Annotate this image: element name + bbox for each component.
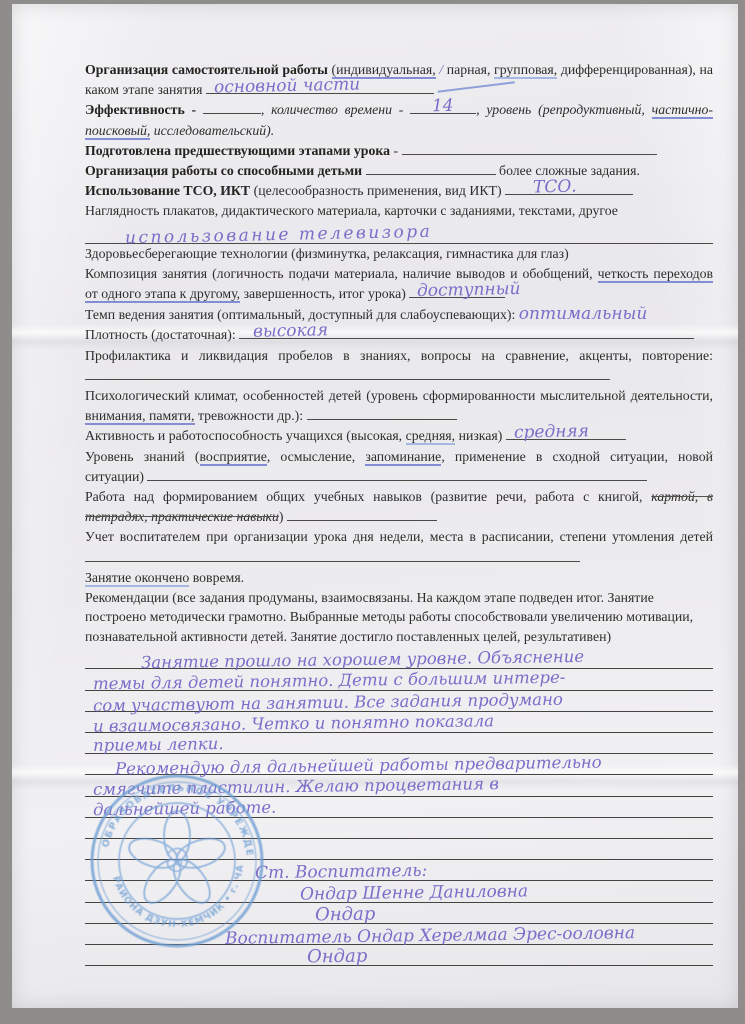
- print-text: , осмысление,: [267, 449, 366, 464]
- print-text: Психологический климат, особенностей дет…: [85, 388, 713, 403]
- form-line-study-skills: Работа над формированием общих учебных н…: [85, 487, 713, 527]
- form-line-lesson-tempo: Темп ведения занятия (оптимальный, досту…: [85, 304, 713, 325]
- handwritten-text: доступный: [417, 279, 521, 301]
- pen-underlined-text: групповая,: [494, 62, 557, 77]
- pen-underlined-text: запоминание: [365, 449, 441, 464]
- form-line-density: Плотность (достаточная): высокая: [85, 325, 713, 345]
- ruled-line: [85, 839, 713, 860]
- handwritten-signature: Ондар: [315, 904, 376, 925]
- print-text-bold: Организация самостоятельной работы: [85, 62, 328, 77]
- ruled-line-signature: Ондар: [85, 945, 713, 966]
- form-line-work-with-capable-children: Организация работы со способными детьми …: [85, 161, 713, 181]
- blank-field: 14: [410, 100, 476, 114]
- print-text-bold: Использование ТСО, ИКТ: [85, 183, 250, 198]
- handwritten-text: высокая: [253, 320, 328, 342]
- ruled-line: и взаимосвязано. Четко и понятно показал…: [85, 712, 713, 733]
- blank-field: [203, 100, 261, 114]
- form-content: Организация самостоятельной работы (инди…: [85, 60, 713, 966]
- print-text: тревожности др.):: [198, 408, 303, 423]
- print-text: ): [279, 509, 284, 524]
- ruled-line: [85, 818, 713, 839]
- ruled-line: дальнейшей работе.: [85, 797, 713, 818]
- form-line-recommendations: Рекомендации (все задания продуманы, вза…: [85, 588, 713, 646]
- print-text: -: [393, 143, 398, 158]
- form-line-lesson-composition: Композиция занятия (логичность подачи ма…: [85, 264, 713, 304]
- handwritten-text: приемы лепки.: [93, 734, 224, 756]
- form-line-organization-independent-work: Организация самостоятельной работы (инди…: [85, 60, 713, 100]
- handwritten-text: 14: [432, 96, 454, 117]
- ruled-line: сом участвуют на занятии. Все задания пр…: [85, 691, 713, 712]
- ruled-line: Занятие прошло на хорошем уровне. Объясн…: [85, 648, 713, 669]
- print-text: Учет воспитателем при организации урока …: [85, 529, 713, 544]
- print-text: вовремя.: [193, 570, 244, 585]
- form-line-tso-ikt: Использование ТСО, ИКТ (целесообразность…: [85, 181, 713, 201]
- scanned-document: Организация самостоятельной работы (инди…: [0, 0, 745, 1024]
- blank-line-full: использование телевизора: [85, 222, 713, 244]
- blank-field: основной части: [206, 80, 434, 94]
- print-text: низкая): [459, 428, 503, 443]
- print-text-bold: Эффективность -: [85, 102, 196, 117]
- ruled-line: приемы лепки.: [85, 733, 713, 754]
- blank-field: [307, 406, 457, 420]
- pen-flourish-stroke: [437, 82, 515, 93]
- handwritten-senior-educator-title: Ст. Воспитатель:: [255, 861, 428, 884]
- blank-field: доступный: [409, 284, 505, 298]
- ruled-line: смягчите пластилин. Желаю процветания в: [85, 775, 713, 796]
- print-text-italic: , количество времени -: [261, 102, 403, 117]
- blank-field: [85, 366, 610, 380]
- blank-field: высокая: [239, 325, 694, 339]
- handwritten-text: ТСО.: [533, 177, 577, 198]
- ruled-line-signature: Воспитатель Ондар Херелмаа Эрес-ооловна: [85, 924, 713, 945]
- print-text: (целесообразность применения, вид ИКТ): [254, 183, 502, 198]
- form-line-teacher-consideration: Учет воспитателем при организации урока …: [85, 527, 713, 567]
- handwritten-text: оптимальный: [519, 304, 648, 324]
- handwritten-text: средняя: [514, 421, 589, 443]
- print-text: Плотность (достаточная):: [85, 327, 236, 342]
- print-text: Активность и работоспособность учащихся …: [85, 428, 402, 443]
- paper-sheet: Организация самостоятельной работы (инди…: [12, 4, 738, 1008]
- form-line-knowledge-level: Уровень знаний (восприятие, осмысление, …: [85, 447, 713, 487]
- ruled-line-signature: Ондар Шенне Даниловна: [85, 881, 713, 902]
- print-text: Профилактика и ликвидация пробелов в зна…: [85, 348, 713, 363]
- handwritten-text: основной части: [214, 74, 361, 97]
- blank-field: [366, 161, 496, 175]
- ruled-line: Рекомендую для дальнейшей работы предвар…: [85, 754, 713, 775]
- form-line-psychological-climate: Психологический климат, особенностей дет…: [85, 386, 713, 426]
- pen-underlined-text: средняя,: [406, 428, 456, 443]
- ruled-line-signature: Ондар: [85, 903, 713, 924]
- ruled-line: темы для детей понятно. Дети с большим и…: [85, 669, 713, 690]
- print-text-italic: исследовательский).: [154, 123, 274, 138]
- form-line-effectiveness: Эффективность - , количество времени - 1…: [85, 100, 713, 140]
- pen-underlined-text: Занятие окончено: [85, 570, 189, 585]
- print-text-bold: Подготовлена предшествующими этапами уро…: [85, 143, 390, 158]
- handwritten-review-section: Занятие прошло на хорошем уровне. Объясн…: [85, 648, 713, 966]
- blank-field: ТСО.: [505, 181, 633, 195]
- blank-field: [147, 467, 647, 481]
- print-text: Работа над формированием общих учебных н…: [85, 489, 643, 504]
- ruled-line-signature: Ст. Воспитатель:: [85, 860, 713, 881]
- print-text: Уровень знаний (: [85, 449, 200, 464]
- form-line-gap-prevention: Профилактика и ликвидация пробелов в зна…: [85, 346, 713, 386]
- form-line-lesson-finished: Занятие окончено вовремя.: [85, 568, 713, 588]
- pen-slash-mark: /: [439, 62, 443, 77]
- form-line-student-activity: Активность и работоспособность учащихся …: [85, 426, 713, 446]
- pen-underlined-text: внимания, памяти,: [85, 408, 195, 423]
- pen-underlined-text: восприятие: [200, 449, 267, 464]
- print-text: Наглядность плакатов, дидактического мат…: [85, 203, 618, 218]
- blank-field: средняя: [506, 426, 626, 440]
- blank-field: [85, 548, 580, 562]
- print-text: Рекомендации (все задания продуманы, вза…: [85, 590, 693, 644]
- blank-field: [402, 141, 657, 155]
- print-text: Здоровьесберегающие технологии (физминут…: [85, 246, 569, 261]
- blank-field: [287, 507, 437, 521]
- form-line-prepared-by-stages: Подготовлена предшествующими этапами уро…: [85, 141, 713, 161]
- handwritten-text: дальнейшей работе.: [93, 797, 277, 820]
- print-text-italic: , уровень (репродуктивный,: [476, 102, 645, 117]
- handwritten-signature: Ондар: [307, 946, 368, 967]
- print-text: завершенность, итог урока): [244, 286, 406, 301]
- print-text-bold: Организация работы со способными детьми: [85, 163, 362, 178]
- form-line-visual-aids: Наглядность плакатов, дидактического мат…: [85, 201, 713, 221]
- print-text: парная,: [447, 62, 491, 77]
